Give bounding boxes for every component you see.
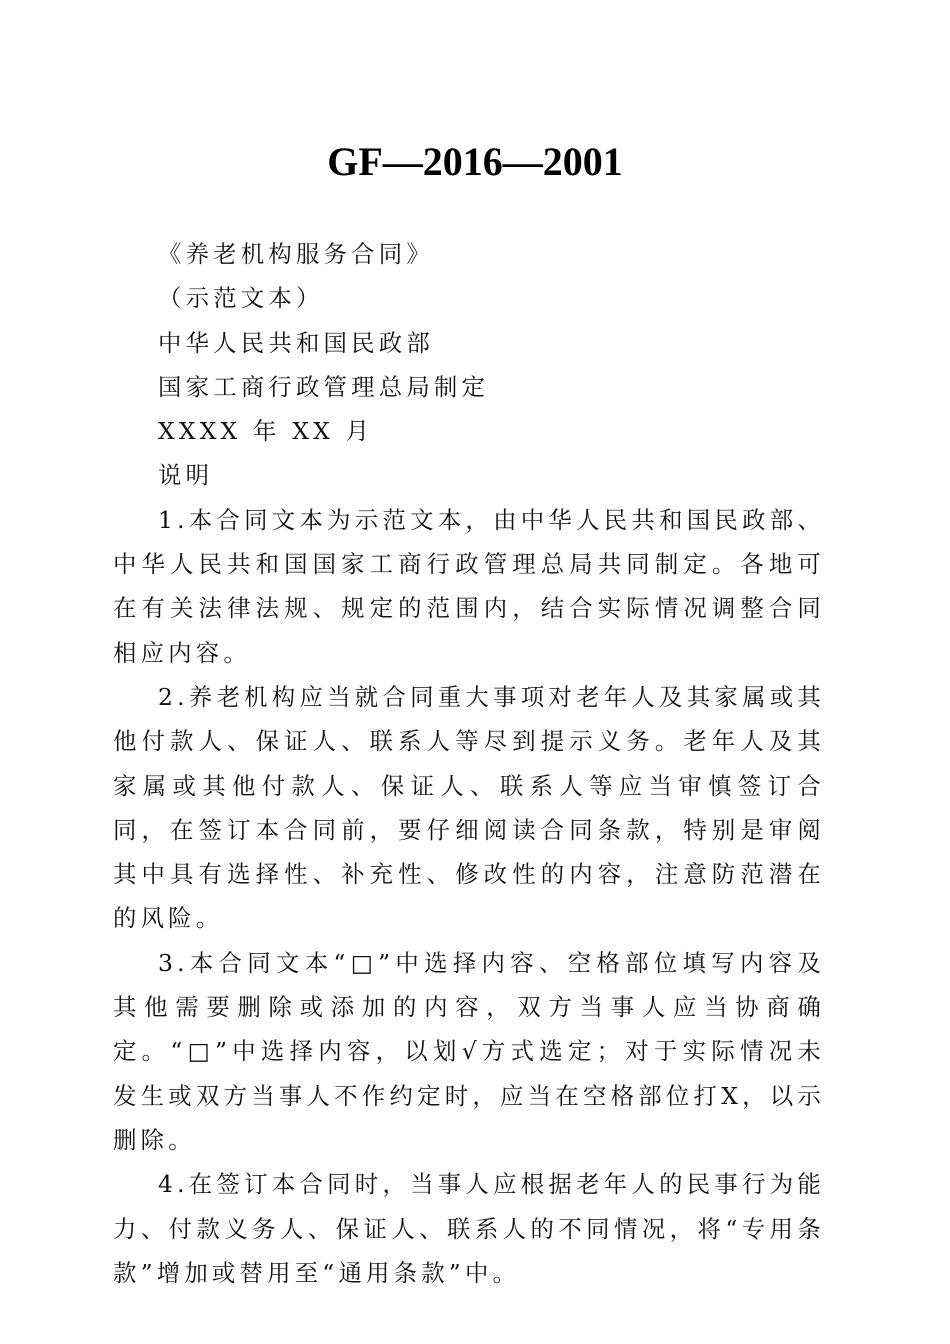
- document-body: 《养老机构服务合同》 （示范文本） 中华人民共和国民政部 国家工商行政管理总局制…: [113, 232, 825, 1295]
- standard-code: GF—2016—2001: [0, 138, 950, 185]
- paragraph-2: 2.养老机构应当就合同重大事项对老年人及其家属或其他付款人、保证人、联系人等尽到…: [113, 675, 825, 941]
- issuer-administration: 国家工商行政管理总局制定: [113, 365, 825, 409]
- issue-date: XXXX 年 XX 月: [113, 409, 825, 453]
- paragraph-3: 3.本合同文本“□”中选择内容、空格部位填写内容及其他需要删除或添加的内容，双方…: [113, 941, 825, 1162]
- document-page: GF—2016—2001 《养老机构服务合同》 （示范文本） 中华人民共和国民政…: [0, 0, 950, 1344]
- paragraph-1: 1.本合同文本为示范文本，由中华人民共和国民政部、中华人民共和国国家工商行政管理…: [113, 498, 825, 675]
- contract-title: 《养老机构服务合同》: [113, 232, 825, 276]
- section-heading: 说明: [113, 453, 825, 497]
- paragraph-4: 4.在签订本合同时，当事人应根据老年人的民事行为能力、付款义务人、保证人、联系人…: [113, 1162, 825, 1295]
- contract-subtitle: （示范文本）: [113, 276, 825, 320]
- issuer-ministry: 中华人民共和国民政部: [113, 321, 825, 365]
